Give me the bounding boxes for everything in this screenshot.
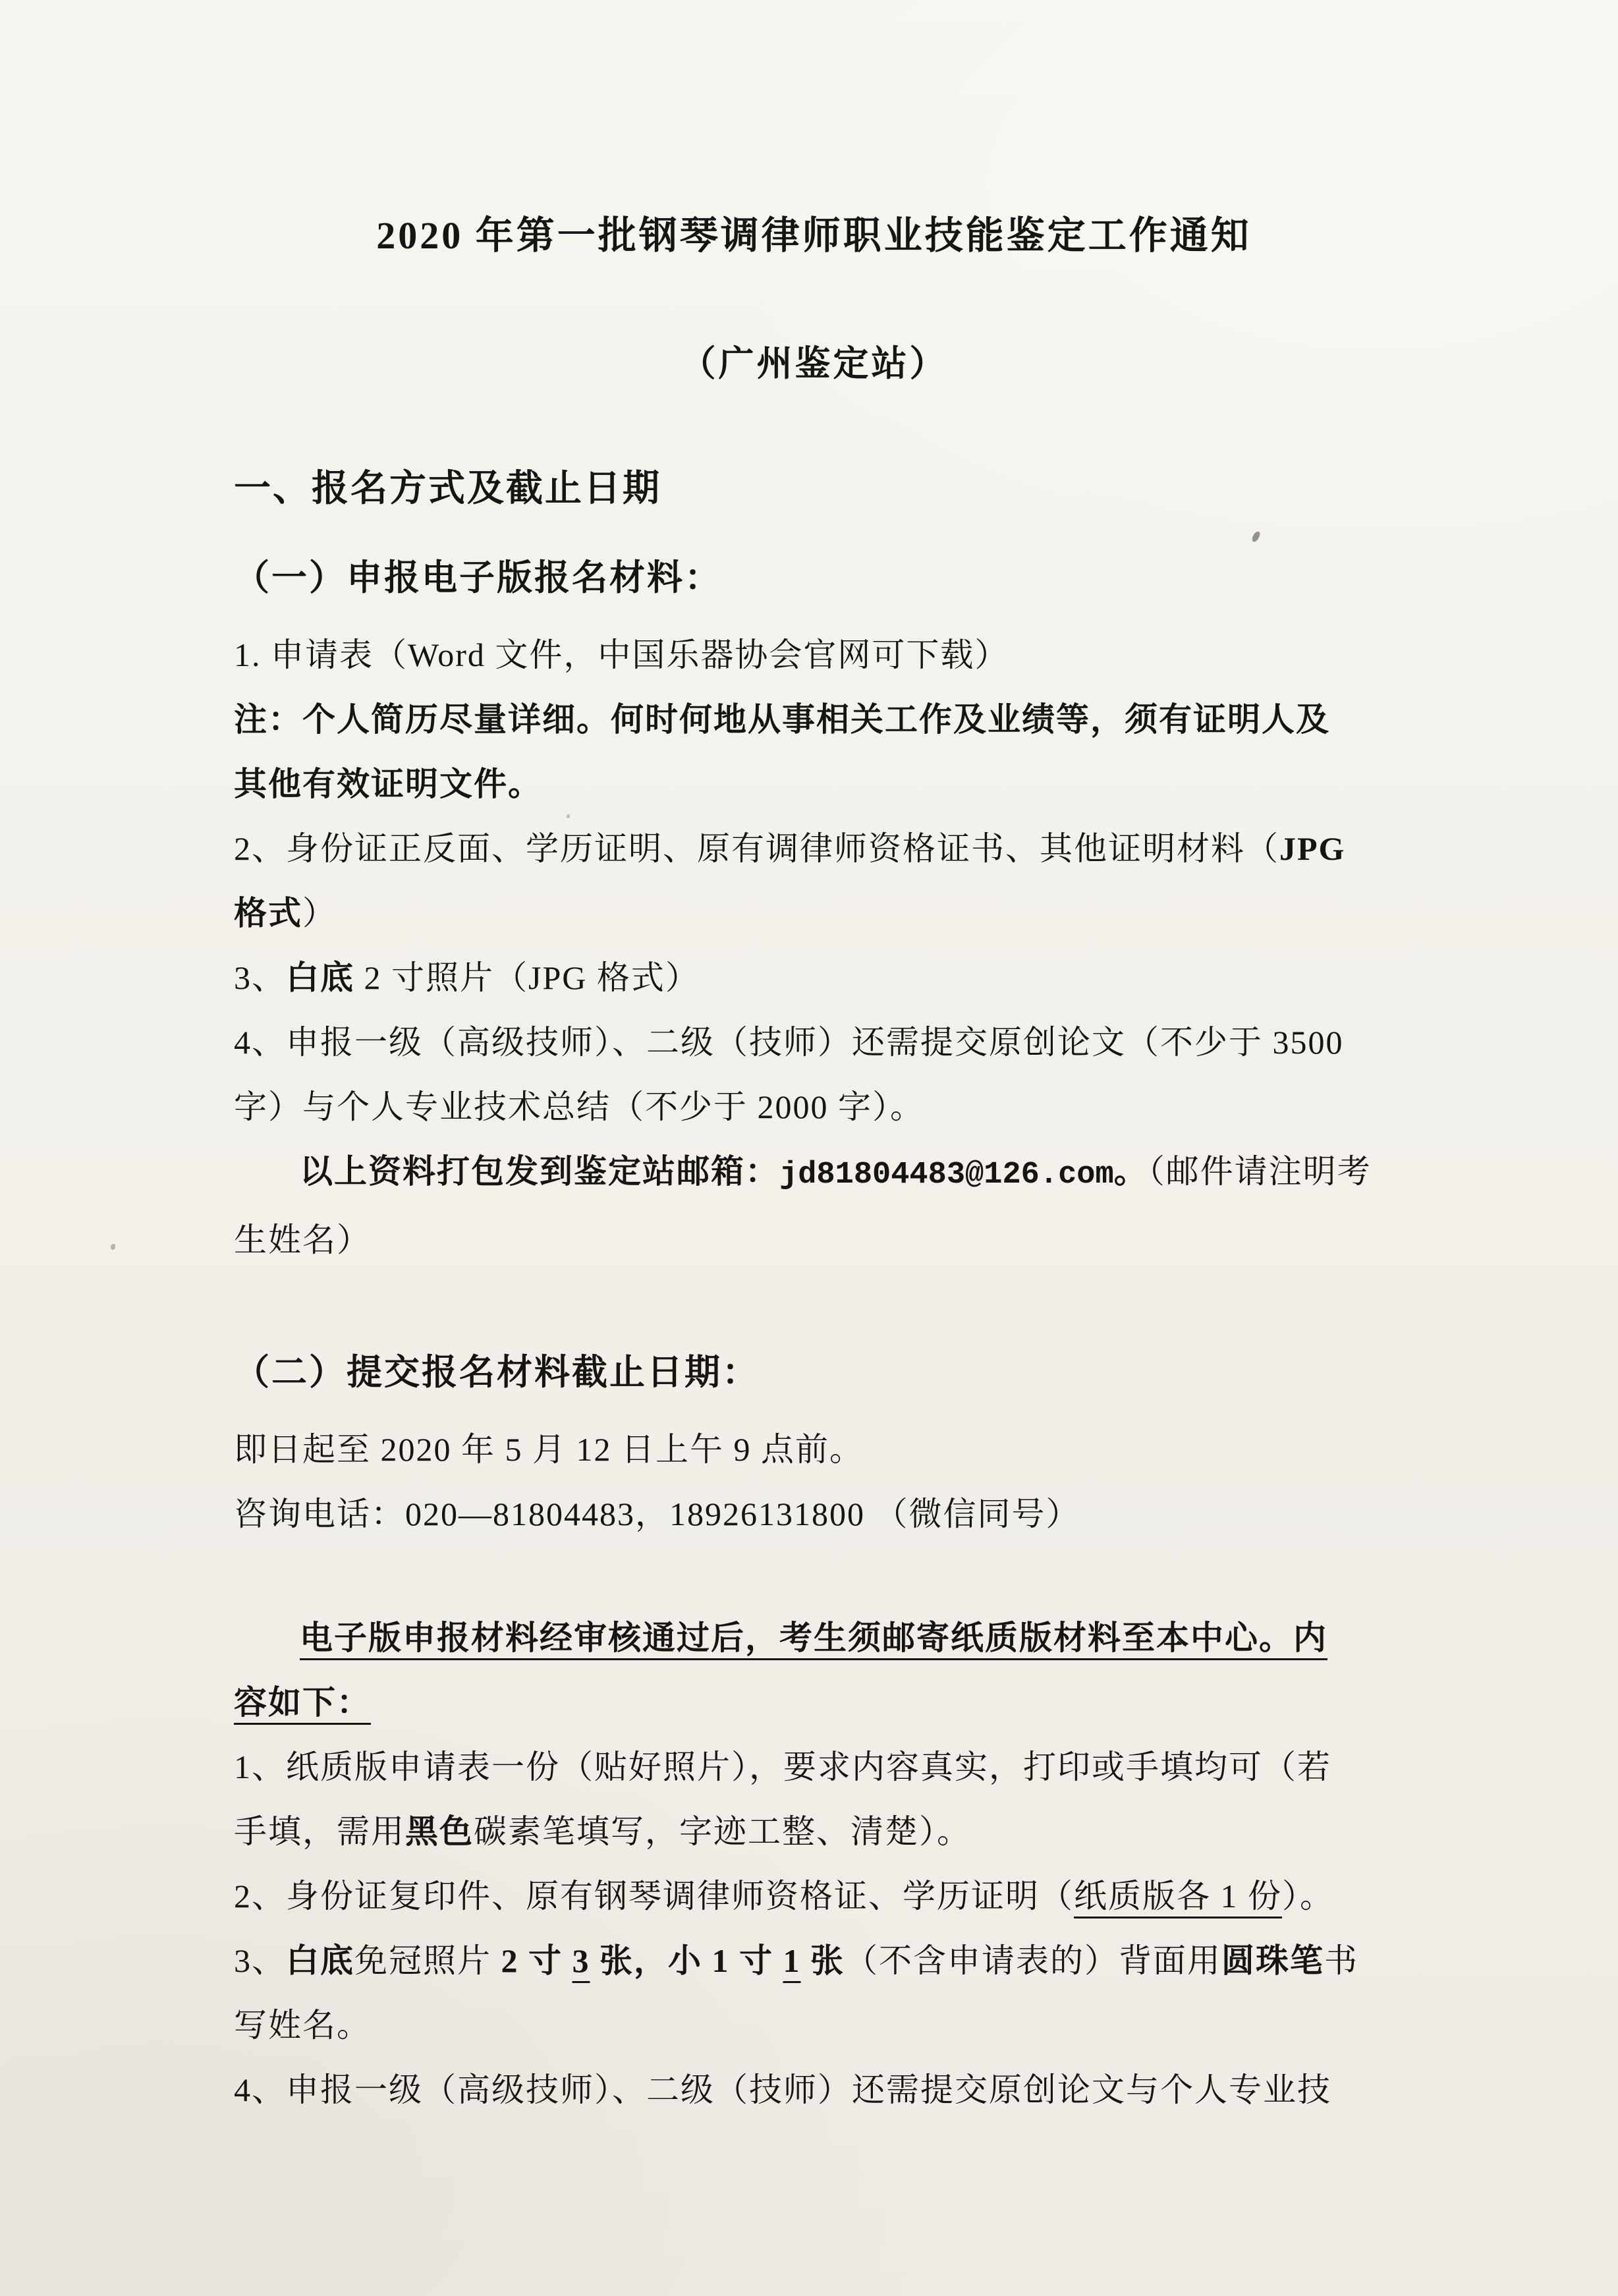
text-segment: 手填，需用: [234, 1813, 405, 1850]
electronic-item3: 3、白底 2 寸照片（JPG 格式）: [234, 945, 1394, 1010]
paper-item4: 4、申报一级（高级技师）、二级（技师）还需提交原创论文与个人专业技: [234, 2058, 1394, 2122]
electronic-item2-line1: 2、身份证正反面、学历证明、原有调律师资格证书、其他证明材料（JPG: [234, 816, 1394, 881]
text-segment: 2 寸照片（JPG 格式）: [354, 959, 700, 996]
electronic-item2-line2: 格式）: [234, 881, 1394, 945]
text-segment: 3、: [234, 1942, 286, 1979]
section1-heading: 一、报名方式及截止日期: [234, 451, 1394, 527]
text-segment: 书: [1324, 1942, 1358, 1979]
text-segment: 张: [801, 1942, 845, 1979]
electronic-item1: 1. 申请表（Word 文件，中国乐器协会官网可下载）: [234, 623, 1394, 687]
electronic-note-line2: 其他有效证明文件。: [234, 752, 1394, 816]
text-segment: 碳素笔填写，字迹工整、清楚）。: [474, 1813, 971, 1850]
paper-item1-line1: 1、纸质版申请表一份（贴好照片），要求内容真实，打印或手填均可（若: [234, 1735, 1394, 1799]
subsection-deadline-heading: （二）提交报名材料截止日期：: [234, 1335, 1394, 1411]
text-segment: ）。: [1282, 1878, 1334, 1915]
deadline-phone: 咨询电话：020—81804483，18926131800 （微信同号）: [234, 1482, 1394, 1546]
text-segment: 2 寸: [501, 1942, 572, 1979]
document-title: 2020 年第一批钢琴调律师职业技能鉴定工作通知: [234, 198, 1394, 273]
text-segment: 2、身份证正反面、学历证明、原有调律师资格证书、其他证明材料（: [234, 830, 1279, 867]
paper-item2: 2、身份证复印件、原有钢琴调律师资格证、学历证明（纸质版各 1 份）。: [234, 1864, 1394, 1928]
paper-intro-line2: 容如下：: [234, 1670, 1394, 1735]
electronic-email-line2: 生姓名）: [234, 1208, 1394, 1272]
text-segment: 白底: [286, 1942, 354, 1979]
electronic-note-line1: 注：个人简历尽量详细。何时何地从事相关工作及业绩等，须有证明人及: [234, 687, 1394, 752]
text-segment: 纸质版各 1 份: [1074, 1878, 1282, 1915]
text-segment: 以上资料打包发到鉴定站邮箱：: [300, 1153, 779, 1190]
electronic-item4-line2: 字）与个人专业技术总结（不少于 2000 字）。: [234, 1075, 1394, 1139]
paper-intro-line1: 电子版申报材料经审核通过后，考生须邮寄纸质版材料至本中心。内: [234, 1606, 1394, 1670]
document-content: 2020 年第一批钢琴调律师职业技能鉴定工作通知 （广州鉴定站） 一、报名方式及…: [0, 0, 1618, 2122]
text-segment: jd81804483@126.com: [779, 1158, 1114, 1192]
subsection-electronic-heading: （一）申报电子版报名材料：: [234, 540, 1394, 616]
deadline-date: 即日起至 2020 年 5 月 12 日上午 9 点前。: [234, 1417, 1394, 1482]
text-segment: 2、身份证复印件、原有钢琴调律师资格证、学历证明（: [234, 1878, 1074, 1915]
text-segment: 张，小 1 寸: [590, 1942, 783, 1979]
text-segment: 3: [572, 1942, 590, 1979]
paper-item3-line2: 写姓名。: [234, 1993, 1394, 2058]
text-segment: 白底: [286, 959, 354, 996]
text-segment: （邮件请注明考: [1148, 1153, 1372, 1190]
text-segment: 。: [1114, 1153, 1148, 1190]
electronic-item4-line1: 4、申报一级（高级技师）、二级（技师）还需提交原创论文（不少于 3500: [234, 1010, 1394, 1075]
paper-item3-line1: 3、白底免冠照片 2 寸 3 张，小 1 寸 1 张（不含申请表的）背面用圆珠笔…: [234, 1928, 1394, 1993]
document-subtitle: （广州鉴定站）: [234, 326, 1394, 402]
text-segment: 黑色: [405, 1813, 474, 1850]
electronic-email-line1: 以上资料打包发到鉴定站邮箱：jd81804483@126.com。（邮件请注明考: [234, 1139, 1394, 1208]
text-segment: ）: [302, 895, 337, 932]
paper-item1-line2: 手填，需用黑色碳素笔填写，字迹工整、清楚）。: [234, 1799, 1394, 1864]
text-segment: 1: [783, 1942, 801, 1979]
text-segment: 格式: [234, 895, 302, 932]
text-segment: 免冠照片: [354, 1942, 501, 1979]
text-segment: JPG: [1279, 830, 1345, 867]
text-segment: （不含申请表的）背面用: [845, 1942, 1221, 1979]
text-segment: 圆珠笔: [1221, 1942, 1324, 1979]
page: 2020 年第一批钢琴调律师职业技能鉴定工作通知 （广州鉴定站） 一、报名方式及…: [0, 0, 1618, 2296]
text-segment: 3、: [234, 959, 286, 996]
